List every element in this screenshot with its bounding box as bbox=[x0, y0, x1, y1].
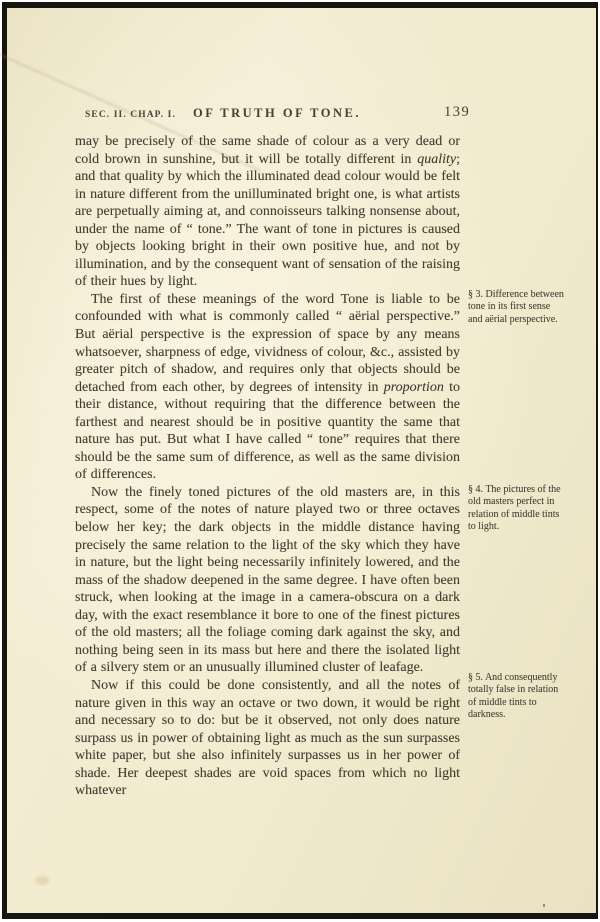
scan-speck bbox=[543, 904, 545, 907]
paragraph-section-4: Now the finely toned pictures of the old… bbox=[75, 484, 460, 677]
margin-note-5: § 5. And consequently totally false in r… bbox=[468, 672, 566, 722]
margin-note-text: Difference between tone in its first sen… bbox=[468, 289, 564, 325]
paragraph-section-3: The first of these meanings of the word … bbox=[75, 291, 460, 484]
body-text: may be precisely of the same shade of co… bbox=[75, 133, 460, 800]
margin-note-3: § 3. Difference between tone in its firs… bbox=[468, 289, 566, 326]
paragraph-section-5: Now if this could be done consistently, … bbox=[75, 677, 460, 800]
paper-stain bbox=[35, 876, 49, 885]
running-head-title: OF TRUTH OF TONE. bbox=[157, 106, 397, 121]
margin-note-label: § 5. bbox=[468, 672, 483, 683]
book-page: SEC. II. CHAP. I. OF TRUTH OF TONE. 139 … bbox=[7, 8, 596, 913]
margin-note-label: § 3. bbox=[468, 289, 483, 300]
page-number: 139 bbox=[444, 104, 470, 121]
book-scan: SEC. II. CHAP. I. OF TRUTH OF TONE. 139 … bbox=[0, 0, 600, 922]
margin-note-4: § 4. The pictures of the old masters per… bbox=[468, 484, 566, 534]
paragraph-continued: may be precisely of the same shade of co… bbox=[75, 133, 460, 291]
margin-note-label: § 4. bbox=[468, 484, 483, 495]
